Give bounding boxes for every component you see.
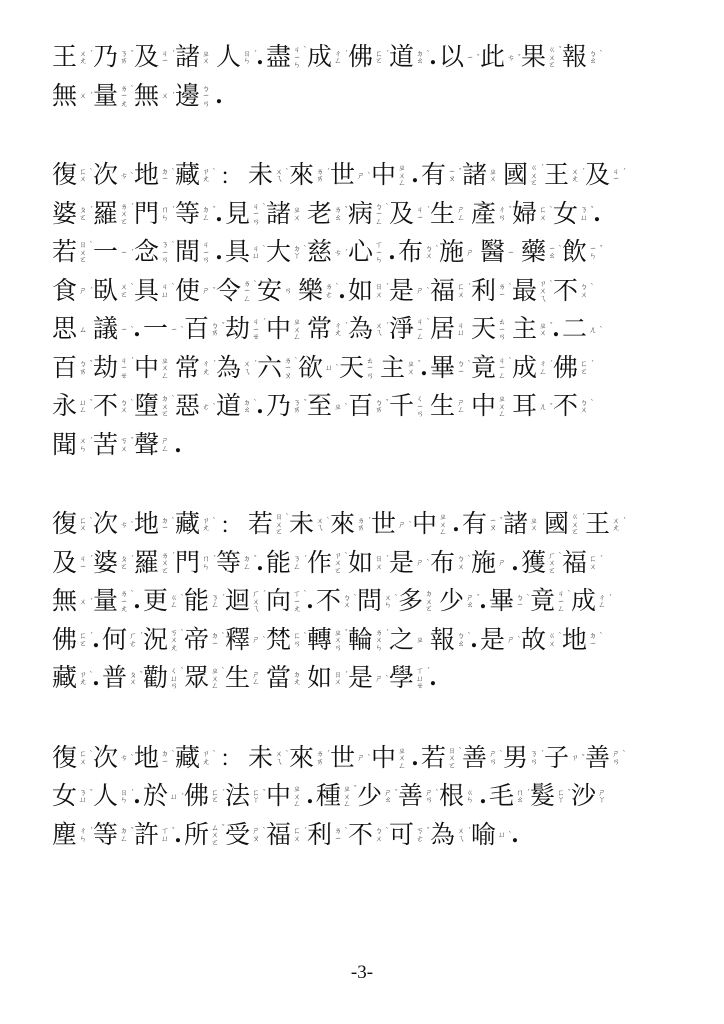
zhuyin-annotation: ㄜˋ — [201, 403, 211, 411]
zhuyin-annotation: ㄕˋ — [356, 754, 366, 762]
zhuyin-annotation: ㄨㄟˊ — [374, 322, 384, 337]
zhuyin-annotation: ㄅㄧˋ — [456, 360, 466, 375]
zhuyin-annotation: ㄗㄤˋ — [201, 517, 211, 532]
annotated-character: 地ㄉㄧˋ — [134, 156, 175, 194]
zhuyin-annotation: ㄋㄧㄢˋ — [160, 241, 170, 264]
annotated-character: 心ㄒㄧㄣ — [348, 233, 389, 271]
zhuyin-annotation: ㄦˇ — [538, 403, 548, 411]
zhuyin-annotation: ㄕㄚ — [597, 789, 607, 804]
annotated-character: 二ㄦˋ — [562, 310, 603, 348]
annotated-character: 邊ㄅㄧㄢ — [175, 77, 216, 115]
hanzi: 生 — [430, 199, 456, 229]
annotated-character: 如ㄖㄨˊ — [348, 272, 389, 310]
zhuyin-annotation: ㄈㄛˊ — [210, 789, 220, 804]
annotated-character: 善ㄕㄢˋ — [398, 777, 439, 815]
annotated-character: 毛ㄇㄠˊ — [489, 777, 530, 815]
text-line: 復ㄈㄨˋ次ㄘˋ地ㄉㄧˋ藏ㄗㄤˋ：未ㄨㄟˋ來ㄌㄞˊ世ㄕˋ中ㄓㄨㄥ.若ㄖㄨㄛˋ善ㄕㄢ… — [52, 739, 692, 778]
hanzi: 故 — [521, 625, 547, 655]
annotated-character: 能ㄋㄥˊ — [266, 544, 307, 582]
zhuyin-annotation: ㄊㄧㄢ — [497, 318, 507, 341]
hanzi: 婆 — [93, 548, 119, 578]
zhuyin-annotation: ㄇㄠˊ — [515, 789, 525, 804]
zhuyin-annotation: ㄑㄧㄢ — [415, 395, 425, 418]
zhuyin-annotation: ㄩˋ — [497, 831, 507, 839]
zhuyin-annotation: ㄈㄚˇ — [556, 789, 566, 804]
zhuyin-annotation: ㄐㄧㄢˋ — [251, 203, 261, 226]
annotated-character: 當ㄉㄤ — [266, 659, 307, 697]
zhuyin-annotation: ㄓㄨㄥ — [292, 785, 302, 808]
annotated-character: 具ㄐㄩˋ — [225, 233, 266, 271]
hanzi: 少 — [357, 781, 383, 811]
zhuyin-annotation: ㄘˋ — [119, 172, 129, 180]
zhuyin-annotation: ㄅㄠˋ — [456, 632, 466, 647]
annotated-character: 主ㄓㄨˇ — [512, 310, 553, 348]
hanzi: 來 — [330, 509, 356, 539]
hanzi: 更 — [143, 586, 169, 616]
hanzi: 竟 — [471, 353, 497, 383]
annotated-character: 不ㄅㄨˋ — [348, 816, 389, 854]
annotated-character: 許ㄒㄩˇ — [134, 816, 175, 854]
zhuyin-annotation: ㄨㄟˊ — [456, 827, 466, 842]
annotated-character: 更ㄍㄥˋ — [143, 582, 184, 620]
annotated-character: 道ㄉㄠˋ — [216, 387, 257, 425]
zhuyin-annotation: ㄓㄨㄥ — [160, 357, 170, 380]
hanzi: 不 — [348, 820, 374, 850]
hanzi: 乃 — [266, 391, 292, 421]
zhuyin-annotation: ㄆㄛˊ — [119, 555, 129, 570]
hanzi: 心 — [348, 237, 374, 267]
zhuyin-annotation: ㄧㄣˇ — [588, 245, 598, 260]
zhuyin-annotation: ㄋㄞˇ — [119, 50, 129, 65]
annotated-character: 若ㄖㄨㄛˋ — [421, 739, 462, 777]
hanzi: 佛 — [184, 781, 210, 811]
annotated-character: 所ㄙㄨㄛˇ — [184, 816, 225, 854]
zhuyin-annotation: ㄕˋ — [374, 675, 384, 683]
annotated-character: 少ㄕㄠˇ — [439, 582, 480, 620]
annotated-character: 一ㄧˊ — [93, 233, 134, 271]
annotated-character: 量ㄌㄧㄤˋ — [93, 77, 134, 115]
annotated-character: 如ㄖㄨˊ — [307, 659, 348, 697]
hanzi: 髮 — [530, 781, 556, 811]
text-line: 百ㄅㄞˇ劫ㄐㄧㄝˊ中ㄓㄨㄥ常ㄔㄤˊ為ㄨㄟˊ六ㄌㄧㄡˋ欲ㄩˋ天ㄊㄧㄢ主ㄓㄨˇ.畢ㄅ… — [52, 349, 692, 388]
hanzi: 竟 — [530, 586, 556, 616]
hanzi: 福 — [430, 276, 456, 306]
annotated-character: 善ㄕㄢˋ — [462, 739, 503, 777]
zhuyin-annotation: ㄉㄥˇ — [242, 555, 252, 570]
annotated-character: 學ㄒㄩㄝˊ — [389, 659, 430, 697]
zhuyin-annotation: ㄉㄧˋ — [210, 632, 220, 647]
zhuyin-annotation: ㄓㄨ — [488, 168, 498, 183]
hanzi: 劫 — [93, 353, 119, 383]
annotated-character: 未ㄨㄟˋ — [248, 739, 289, 777]
annotated-character: 故ㄍㄨˋ — [521, 621, 562, 659]
hanzi: 勸 — [143, 663, 169, 693]
hanzi: 及 — [389, 199, 415, 229]
annotated-character: 作ㄗㄨㄛˋ — [307, 544, 348, 582]
annotated-character: 喻ㄩˋ — [471, 816, 512, 854]
zhuyin-annotation: ㄐㄧˊ — [160, 50, 170, 65]
hanzi: 苦 — [93, 430, 119, 460]
zhuyin-annotation: ㄌㄨㄛˊ — [119, 203, 129, 226]
annotated-character: 六ㄌㄧㄡˋ — [257, 349, 298, 387]
zhuyin-annotation: ㄎㄜˇ — [415, 827, 425, 842]
annotated-character: 布ㄅㄨˋ — [398, 233, 439, 271]
zhuyin-annotation: ㄓㄨㄢˇ — [333, 629, 343, 652]
zhuyin-annotation: ㄐㄧˊ — [415, 206, 425, 221]
zhuyin-annotation: ㄨˊ — [78, 92, 88, 100]
annotated-character: 根ㄍㄣ — [439, 777, 480, 815]
hanzi: 百 — [184, 314, 210, 344]
zhuyin-annotation: ㄓㄨˇ — [406, 360, 416, 375]
zhuyin-annotation: ㄗㄨㄛˋ — [333, 552, 343, 575]
annotated-character: 墮ㄉㄨㄛˋ — [134, 387, 175, 425]
zhuyin-annotation: ㄍㄣ — [465, 789, 475, 804]
hanzi: 飲 — [562, 237, 588, 267]
annotated-character: 輪ㄌㄨㄣˊ — [348, 621, 389, 659]
annotated-character: 病ㄅㄧㄥˋ — [348, 195, 389, 233]
annotated-character: 大ㄉㄚˋ — [266, 233, 307, 271]
hanzi: 羅 — [134, 548, 160, 578]
annotated-character: 布ㄅㄨˋ — [430, 544, 471, 582]
annotated-character: 門ㄇㄣˊ — [175, 544, 216, 582]
annotated-character: 苦ㄎㄨˇ — [93, 426, 134, 464]
zhuyin-annotation: ㄨㄤˊ — [78, 50, 88, 65]
hanzi: 普 — [102, 663, 128, 693]
zhuyin-annotation: ㄨˊ — [78, 598, 88, 606]
annotated-character: 藏ㄗㄤˋ — [175, 156, 216, 194]
zhuyin-annotation: ㄐㄧㄥˋ — [415, 318, 425, 341]
hanzi: 墮 — [134, 391, 160, 421]
hanzi: 等 — [93, 820, 119, 850]
hanzi: 邊 — [175, 81, 201, 111]
annotated-character: 乃ㄋㄞˇ — [93, 38, 134, 76]
hanzi: 若 — [248, 509, 274, 539]
hanzi: 問 — [357, 586, 383, 616]
hanzi: 劫 — [225, 314, 251, 344]
hanzi: 諸 — [266, 199, 292, 229]
annotated-character: 地ㄉㄧˋ — [134, 739, 175, 777]
annotated-character: 至ㄓˋ — [307, 387, 348, 425]
hanzi: 所 — [184, 820, 210, 850]
annotated-character: 未ㄨㄟˋ — [248, 156, 289, 194]
annotated-character: 一ㄧˋ — [143, 310, 184, 348]
hanzi: 諸 — [503, 509, 529, 539]
hanzi: 藏 — [52, 663, 78, 693]
annotated-character: 利ㄌㄧˋ — [307, 816, 348, 854]
zhuyin-annotation: ㄕˇ — [201, 287, 211, 295]
annotated-character: 羅ㄌㄨㄛˊ — [134, 544, 175, 582]
annotated-character: 報ㄅㄠˋ — [430, 621, 471, 659]
zhuyin-annotation: ㄆㄛˊ — [78, 206, 88, 221]
zhuyin-annotation: ㄕㄡˋ — [251, 827, 261, 842]
annotated-character: 是ㄕˋ — [348, 659, 389, 697]
annotated-character: 勸ㄑㄩㄢˋ — [143, 659, 184, 697]
zhuyin-annotation: ㄍㄨㄛˊ — [529, 164, 539, 187]
hanzi: 此 — [480, 42, 506, 72]
annotated-character: 及ㄐㄧˊ — [52, 544, 93, 582]
hanzi: 中 — [471, 391, 497, 421]
annotated-character: 國ㄍㄨㄛˊ — [544, 505, 585, 543]
zhuyin-annotation: ㄕˋ — [397, 521, 407, 529]
annotated-character: 迴ㄏㄨㄟˊ — [225, 582, 266, 620]
annotated-character: 竟ㄐㄧㄥˋ — [530, 582, 571, 620]
annotated-character: 佛ㄈㄛˊ — [184, 777, 225, 815]
hanzi: 是 — [389, 548, 415, 578]
hanzi: 最 — [512, 276, 538, 306]
zhuyin-annotation: ㄩˋ — [324, 364, 334, 372]
zhuyin-annotation: ㄨㄟˊ — [242, 360, 252, 375]
hanzi: 地 — [562, 625, 588, 655]
hanzi: 中 — [371, 743, 397, 773]
annotated-character: 劫ㄐㄧㄝˊ — [93, 349, 134, 387]
hanzi: 為 — [430, 820, 456, 850]
hanzi: 老 — [307, 199, 333, 229]
zhuyin-annotation: ㄕㄠˇ — [383, 789, 393, 804]
period-punctuation: . — [173, 432, 183, 458]
hanzi: 作 — [307, 548, 333, 578]
hanzi: 中 — [371, 160, 397, 190]
text-line: 藏ㄗㄤˋ.普ㄆㄨˇ勸ㄑㄩㄢˋ眾ㄓㄨㄥˋ生ㄕㄥ當ㄉㄤ如ㄖㄨˊ是ㄕˋ學ㄒㄩㄝˊ. — [52, 659, 692, 698]
annotated-character: 佛ㄈㄛˊ — [348, 38, 389, 76]
zhuyin-annotation: ㄓㄨㄥˋ — [210, 667, 220, 690]
zhuyin-annotation: ㄘˇ — [506, 54, 516, 62]
zhuyin-annotation: ㄧㄡˇ — [488, 517, 498, 532]
zhuyin-annotation: ㄅㄞˇ — [210, 322, 220, 337]
hanzi: 次 — [93, 743, 119, 773]
hanzi: 盡 — [266, 42, 292, 72]
annotated-character: 復ㄈㄨˋ — [52, 739, 93, 777]
hanzi: 欲 — [298, 353, 324, 383]
hanzi: 以 — [439, 42, 465, 72]
zhuyin-annotation: ㄉㄨㄛˋ — [160, 395, 170, 418]
text-line: 塵ㄔㄣˊ等ㄉㄥˇ許ㄒㄩˇ.所ㄙㄨㄛˇ受ㄕㄡˋ福ㄈㄨˊ利ㄌㄧˋ不ㄅㄨˋ可ㄎㄜˇ為ㄨ… — [52, 816, 692, 855]
annotated-character: 生ㄕㄥ — [225, 659, 266, 697]
hanzi: 男 — [503, 743, 529, 773]
annotated-character: 中ㄓㄨㄥ — [134, 349, 175, 387]
zhuyin-annotation: ㄩㄥˇ — [78, 399, 88, 414]
annotated-character: 淨ㄐㄧㄥˋ — [389, 310, 430, 348]
hanzi: 善 — [398, 781, 424, 811]
period-punctuation: . — [387, 239, 397, 265]
annotated-character: 等ㄉㄥˇ — [175, 195, 216, 233]
zhuyin-annotation: ㄌㄞˊ — [315, 750, 325, 765]
zhuyin-annotation: ㄒㄩㄝˊ — [415, 667, 425, 690]
annotated-character: 永ㄩㄥˇ — [52, 387, 93, 425]
zhuyin-annotation: ㄑㄩㄢˋ — [169, 667, 179, 690]
hanzi: 善 — [585, 743, 611, 773]
annotated-character: 道ㄉㄠˋ — [389, 38, 430, 76]
hanzi: 子 — [544, 743, 570, 773]
annotated-character: 王ㄨㄤˊ — [544, 156, 585, 194]
annotated-character: 地ㄉㄧˋ — [562, 621, 603, 659]
hanzi: 學 — [389, 663, 415, 693]
paragraph: 復ㄈㄨˋ次ㄘˋ地ㄉㄧˋ藏ㄗㄤˋ：未ㄨㄟˋ來ㄌㄞˊ世ㄕˋ中ㄓㄨㄥ.有ㄧㄡˇ諸ㄓㄨ國… — [52, 156, 692, 464]
annotated-character: 王ㄨㄤˊ — [52, 38, 93, 76]
hanzi: 議 — [93, 314, 119, 344]
annotated-character: 百ㄅㄞˇ — [184, 310, 225, 348]
hanzi: 人 — [93, 781, 119, 811]
hanzi: 等 — [175, 199, 201, 229]
hanzi: 能 — [184, 586, 210, 616]
zhuyin-annotation: ㄔㄤˊ — [201, 360, 211, 375]
zhuyin-annotation: ㄧㄡˇ — [447, 168, 457, 183]
text-line: 若ㄖㄨㄛˋ一ㄧˊ念ㄋㄧㄢˋ間ㄐㄧㄢ.具ㄐㄩˋ大ㄉㄚˋ慈ㄘˊ心ㄒㄧㄣ.布ㄅㄨˋ施ㄕ… — [52, 233, 692, 272]
annotated-character: 及ㄐㄧˊ — [389, 195, 430, 233]
hanzi: 善 — [462, 743, 488, 773]
hanzi: 地 — [134, 743, 160, 773]
hanzi: 少 — [439, 586, 465, 616]
zhuyin-annotation: ㄈㄛˊ — [374, 50, 384, 65]
zhuyin-annotation: ㄈㄢˋ — [292, 632, 302, 647]
text-line: 聞ㄨㄣˊ苦ㄎㄨˇ聲ㄕㄥ. — [52, 426, 692, 465]
hanzi: 道 — [216, 391, 242, 421]
hanzi: 迴 — [225, 586, 251, 616]
hanzi: 復 — [52, 743, 78, 773]
zhuyin-annotation: ㄖㄨˊ — [333, 671, 343, 686]
hanzi: 畢 — [489, 586, 515, 616]
zhuyin-annotation: ㄐㄩ — [456, 322, 466, 337]
annotated-character: 報ㄅㄠˋ — [562, 38, 603, 76]
zhuyin-annotation: ㄎㄨㄤˋ — [169, 629, 179, 652]
zhuyin-annotation: ㄧˊ — [119, 249, 129, 257]
hanzi: 不 — [553, 391, 579, 421]
zhuyin-annotation: ㄉㄧˋ — [588, 632, 598, 647]
hanzi: 臥 — [93, 276, 119, 306]
zhuyin-annotation: ㄗㄤˋ — [201, 750, 211, 765]
text-line: 無ㄨˊ量ㄌㄧㄤˋ.更ㄍㄥˋ能ㄋㄥˊ迴ㄏㄨㄟˊ向ㄒㄧㄤˋ.不ㄅㄨˋ問ㄨㄣˋ多ㄉㄨㄛ… — [52, 582, 692, 621]
annotated-character: 世ㄕˋ — [330, 739, 371, 777]
hanzi: 種 — [316, 781, 342, 811]
annotated-character: 何ㄏㄜˊ — [102, 621, 143, 659]
annotated-character: 生ㄕㄥ — [430, 195, 471, 233]
hanzi: 是 — [480, 625, 506, 655]
hanzi: 根 — [439, 781, 465, 811]
zhuyin-annotation: ㄌㄧˋ — [333, 827, 343, 842]
annotated-character: 復ㄈㄨˋ — [52, 156, 93, 194]
zhuyin-annotation: ㄅㄨˋ — [374, 827, 384, 842]
annotated-character: 最ㄗㄨㄟˋ — [512, 272, 553, 310]
zhuyin-annotation: ㄕㄠˇ — [465, 594, 475, 609]
hanzi: 常 — [307, 314, 333, 344]
hanzi: 女 — [52, 781, 78, 811]
hanzi: 使 — [175, 276, 201, 306]
zhuyin-annotation: ㄓㄨㄥ — [497, 395, 507, 418]
zhuyin-annotation: ㄐㄧㄣˋ — [292, 46, 302, 69]
hanzi: 聞 — [52, 430, 78, 460]
hanzi: 國 — [544, 509, 570, 539]
zhuyin-annotation: ㄅㄞˇ — [374, 399, 384, 414]
hanzi: 不 — [316, 586, 342, 616]
hanzi: 女 — [553, 199, 579, 229]
annotated-character: 來ㄌㄞˊ — [289, 739, 330, 777]
annotated-character: 羅ㄌㄨㄛˊ — [93, 195, 134, 233]
hanzi: 念 — [134, 237, 160, 267]
annotated-character: 劫ㄐㄧㄝˊ — [225, 310, 266, 348]
hanzi: 主 — [512, 314, 538, 344]
hanzi: 百 — [348, 391, 374, 421]
zhuyin-annotation: ㄅㄨˋ — [342, 594, 352, 609]
annotated-character: 多ㄉㄨㄛ — [398, 582, 439, 620]
annotated-character: 釋ㄕˋ — [225, 621, 266, 659]
hanzi: 如 — [307, 663, 333, 693]
annotated-character: 地ㄉㄧˋ — [134, 505, 175, 543]
zhuyin-annotation: ㄧˋ — [169, 326, 179, 334]
annotated-character: 普ㄆㄨˇ — [102, 659, 143, 697]
zhuyin-annotation: ㄓˋ — [333, 403, 343, 411]
zhuyin-annotation: ㄉㄚˋ — [292, 245, 302, 260]
annotated-character: 聲ㄕㄥ — [134, 426, 175, 464]
annotated-character: 畢ㄅㄧˋ — [430, 349, 471, 387]
zhuyin-annotation: ㄧˇ — [465, 54, 475, 62]
hanzi: 病 — [348, 199, 374, 229]
hanzi: 產 — [471, 199, 497, 229]
annotated-character: 受ㄕㄡˋ — [225, 816, 266, 854]
annotated-character: 食ㄕˊ — [52, 272, 93, 310]
zhuyin-annotation: ㄅㄞˇ — [78, 360, 88, 375]
period-punctuation: . — [214, 83, 224, 109]
annotated-character: 使ㄕˇ — [175, 272, 216, 310]
annotated-character: 人ㄖㄣˊ — [216, 38, 257, 76]
hanzi: 藥 — [521, 237, 547, 267]
hanzi: 受 — [225, 820, 251, 850]
zhuyin-annotation: ㄈㄛˊ — [579, 360, 589, 375]
annotated-character: 少ㄕㄠˇ — [357, 777, 398, 815]
annotated-character: 能ㄋㄥˊ — [184, 582, 225, 620]
zhuyin-annotation: ㄊㄧㄢ — [365, 357, 375, 380]
zhuyin-annotation: ㄐㄧㄢ — [201, 241, 211, 264]
annotated-character: 成ㄔㄥˊ — [307, 38, 348, 76]
hanzi: 塵 — [52, 820, 78, 850]
zhuyin-annotation: ㄈㄨˋ — [78, 750, 88, 765]
annotated-character: 次ㄘˋ — [93, 505, 134, 543]
hanzi: 轉 — [307, 625, 333, 655]
hanzi: 道 — [389, 42, 415, 72]
hanzi: 量 — [93, 586, 119, 616]
zhuyin-annotation: ㄕˋ — [415, 559, 425, 567]
zhuyin-annotation: ㄓㄨ — [292, 206, 302, 221]
hanzi: 為 — [216, 353, 242, 383]
hanzi: 獲 — [521, 548, 547, 578]
zhuyin-annotation: ㄉㄥˇ — [119, 827, 129, 842]
text-line: 思ㄙ議ㄧˋ.一ㄧˋ百ㄅㄞˇ劫ㄐㄧㄝˊ中ㄓㄨㄥ常ㄔㄤˊ為ㄨㄟˊ淨ㄐㄧㄥˋ居ㄐㄩ天ㄊ… — [52, 310, 692, 349]
hanzi: 慈 — [307, 237, 333, 267]
hanzi: 間 — [175, 237, 201, 267]
period-punctuation: . — [510, 550, 520, 576]
annotated-character: 眾ㄓㄨㄥˋ — [184, 659, 225, 697]
hanzi: 利 — [307, 820, 333, 850]
hanzi: 沙 — [571, 781, 597, 811]
zhuyin-annotation: ㄓㄨㄥ — [438, 513, 448, 536]
zhuyin-annotation: ㄗㄤˋ — [78, 671, 88, 686]
zhuyin-annotation: ㄅㄨˋ — [579, 283, 589, 298]
zhuyin-annotation: ㄔㄣˊ — [78, 827, 88, 842]
annotated-character: 天ㄊㄧㄢ — [339, 349, 380, 387]
zhuyin-annotation: ㄔㄤˊ — [333, 322, 343, 337]
text-line: 及ㄐㄧˊ婆ㄆㄛˊ羅ㄌㄨㄛˊ門ㄇㄣˊ等ㄉㄥˇ.能ㄋㄥˊ作ㄗㄨㄛˋ如ㄖㄨˊ是ㄕˋ布ㄅ… — [52, 544, 692, 583]
zhuyin-annotation: ㄈㄨˊ — [292, 827, 302, 842]
zhuyin-annotation: ㄌㄠˇ — [333, 206, 343, 221]
annotated-character: 世ㄕˋ — [330, 156, 371, 194]
hanzi: 羅 — [93, 199, 119, 229]
zhuyin-annotation: ㄈㄨˋ — [538, 206, 548, 221]
hanzi: 中 — [266, 314, 292, 344]
annotated-character: 藏ㄗㄤˋ — [175, 739, 216, 777]
zhuyin-annotation: ㄅㄨˋ — [424, 245, 434, 260]
hanzi: 大 — [266, 237, 292, 267]
annotated-character: 竟ㄐㄧㄥˋ — [471, 349, 512, 387]
annotated-character: 畢ㄅㄧˋ — [489, 582, 530, 620]
hanzi: 於 — [143, 781, 169, 811]
